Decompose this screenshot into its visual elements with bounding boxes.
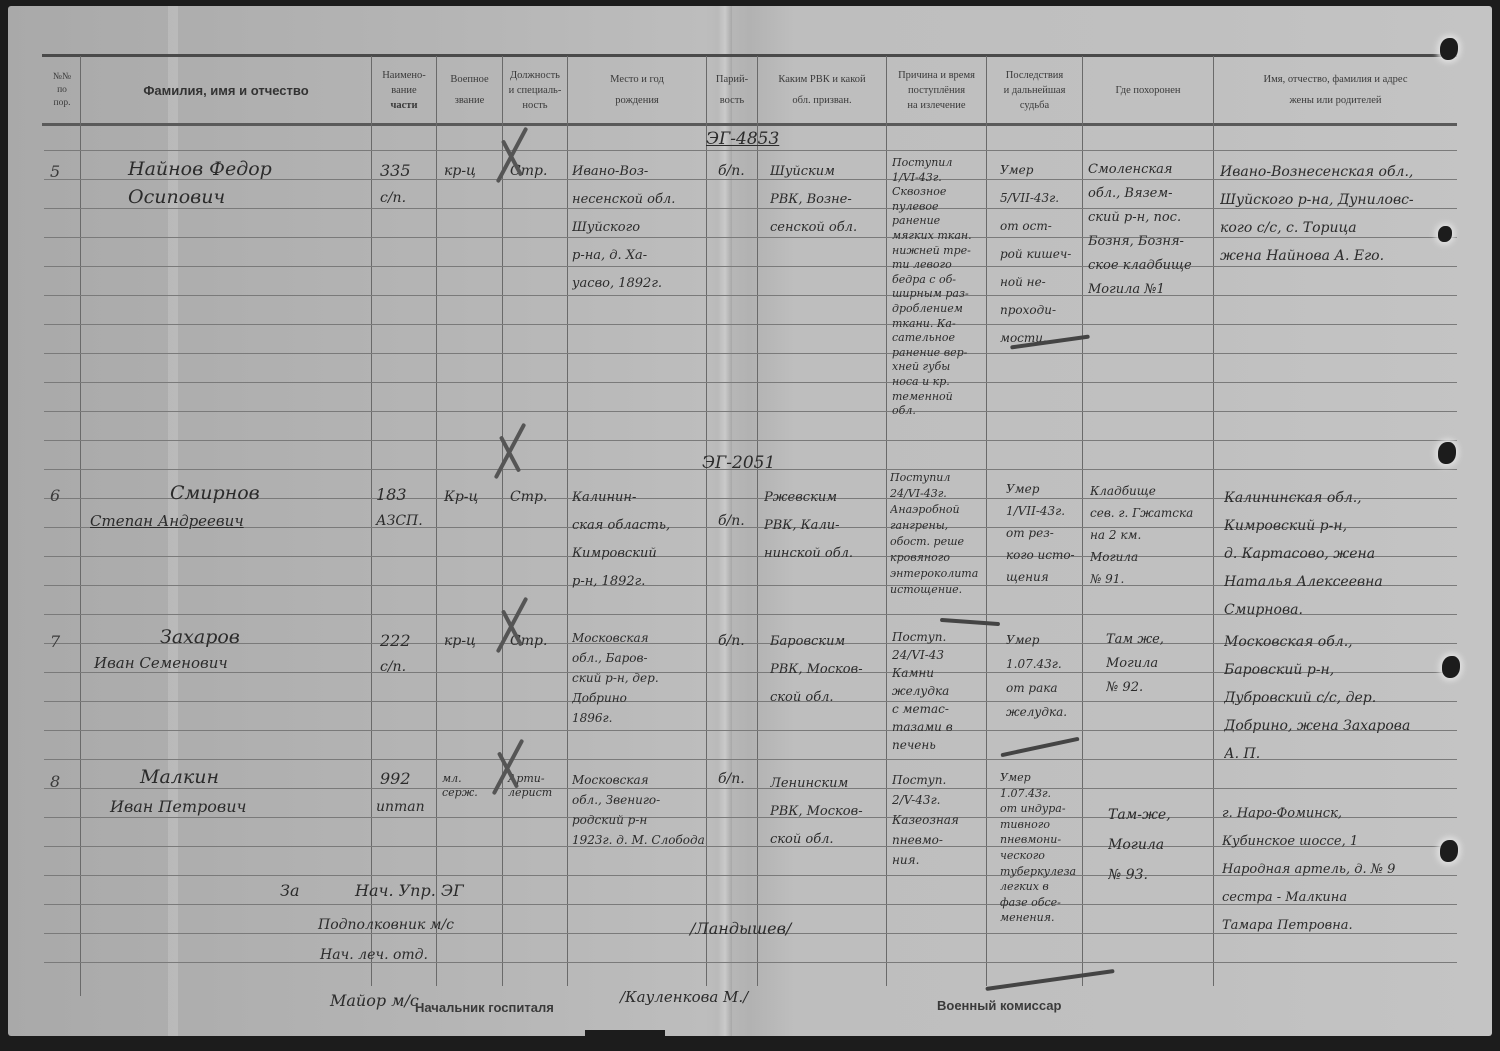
- cell-line: ская область,: [572, 512, 706, 540]
- signature-line: Майор м/с: [330, 990, 419, 1012]
- cell-line: ния.: [892, 850, 986, 870]
- signature: /Ландышев/: [690, 918, 791, 940]
- cell-line: ширным раз-: [892, 287, 986, 302]
- cell-line: сательное: [892, 331, 986, 346]
- cell-line: ческого: [1000, 848, 1084, 864]
- cell-line: Поступ.: [892, 770, 986, 790]
- cell-line: Московская обл.,: [1224, 628, 1454, 656]
- row-unit: 335: [380, 160, 411, 182]
- cell-line: желудка.: [1006, 700, 1082, 724]
- row-name: Малкин: [140, 766, 219, 788]
- header-cause: Причина и времяпоступлёнияна излечение: [887, 58, 986, 122]
- header-name: Фамилия, имя и отчество: [81, 58, 371, 122]
- paper-tear: [585, 1030, 665, 1051]
- cell-line: Баровский р-н,: [1224, 656, 1454, 684]
- cell-line: обл., Баров-: [572, 648, 706, 668]
- pencil-check-mark: [490, 124, 534, 180]
- cell-line: кого исто-: [1006, 544, 1082, 566]
- cell-line: от индура-: [1000, 801, 1084, 817]
- cell-line: ский р-н, пос.: [1088, 206, 1212, 230]
- row-number: 5: [50, 162, 60, 181]
- cell-line: истощение.: [890, 582, 986, 598]
- row-number: 6: [50, 486, 60, 505]
- cell-line: Ивано-Вознесенская обл.,: [1220, 158, 1456, 186]
- cell-line: сестра - Малкина: [1222, 884, 1456, 912]
- ruled-line: [44, 788, 1457, 789]
- cell-line: № 92.: [1106, 676, 1212, 700]
- cell-line: Шуйского р-на, Дуниловс-: [1220, 186, 1456, 214]
- punch-hole: [1440, 840, 1458, 862]
- cell-line: Камни: [892, 664, 986, 682]
- cell-line: 2/V-43г.: [892, 790, 986, 810]
- header-party: Парий-вость: [707, 58, 757, 122]
- signature-line: Нач. Упр. ЭГ: [355, 880, 464, 902]
- cell-line: 1923г. д. М. Слобода.: [572, 830, 706, 850]
- cell-line: ранение: [892, 214, 986, 229]
- punch-hole: [1440, 38, 1458, 60]
- header-draft: Каким РВК и какойобл. призван.: [758, 58, 886, 122]
- cell-line: Кимровский р-н,: [1224, 512, 1454, 540]
- cell-line: пулевое: [892, 200, 986, 215]
- header-text: Последствия: [1004, 68, 1066, 83]
- cell-line: 5/VII-43г.: [1000, 184, 1084, 212]
- cell-line: Умер: [1000, 770, 1084, 786]
- header-text: Где похоронен: [1115, 83, 1180, 98]
- row-unit: 992: [380, 768, 411, 790]
- cell-line: 1.07.43г.: [1006, 652, 1082, 676]
- header-text: поступлёния: [898, 83, 975, 98]
- cell-line: уасво, 1892г.: [572, 270, 706, 298]
- header-text: жены или родителей: [1264, 93, 1408, 108]
- row-party: б/п.: [718, 630, 745, 652]
- row-name: Иван Семенович: [94, 652, 228, 674]
- cell-line: 1.07.43г.: [1000, 786, 1084, 802]
- header-outcome: Последствияи дальнейшаясудьба: [987, 58, 1082, 122]
- cell-line: Могила: [1090, 546, 1212, 568]
- cell-line: кого с/с, с. Торица: [1220, 214, 1456, 242]
- cell-line: ское кладбище: [1088, 254, 1212, 278]
- printed-label-hospital-head: Начальник госпиталя: [415, 1000, 554, 1015]
- cell-line: от ост-: [1000, 212, 1084, 240]
- cell-line: на 2 км.: [1090, 524, 1212, 546]
- header-text: Место и год: [610, 72, 664, 87]
- punch-hole: [1438, 442, 1456, 464]
- cell-line: 1/VII-43г.: [1006, 500, 1082, 522]
- cell-line: обл.: [892, 404, 986, 419]
- header-text: Воепное: [450, 72, 488, 87]
- cell-line: ский р-н, дер.: [572, 668, 706, 688]
- cell-line: 24/VI-43г.: [890, 486, 986, 502]
- cell-line: ной не-: [1000, 268, 1084, 296]
- row-name: Захаров: [160, 626, 240, 648]
- cell-line: фазе обсе-: [1000, 895, 1084, 911]
- cell-line: Смирнова.: [1224, 596, 1454, 624]
- row-name: Степан Андреевич: [90, 510, 244, 532]
- cell-line: Калининская обл.,: [1224, 484, 1454, 512]
- pencil-check-mark: [490, 594, 534, 650]
- signature-line: Подполковник м/с: [318, 914, 454, 936]
- cell-line: Баровским: [770, 628, 886, 656]
- ruled-line: [44, 324, 1457, 325]
- row-party: б/п.: [718, 160, 745, 182]
- cell-line: легких в: [1000, 879, 1084, 895]
- header-relatives: Имя, отчество, фамилия и адресжены или р…: [1214, 58, 1457, 122]
- cell-line: д. Картасово, жена: [1224, 540, 1454, 568]
- ruled-line: [44, 440, 1457, 441]
- row-unit: АЗСП.: [376, 510, 423, 532]
- cell-line: РВК, Кали-: [764, 512, 886, 540]
- cell-line: Ржевским: [764, 484, 886, 512]
- header-position: Должностьи специаль-ность: [503, 58, 567, 122]
- cell-line: 24/VI-43: [892, 646, 986, 664]
- cell-line: Дубровский с/с, дер.: [1224, 684, 1454, 712]
- table-top-border: [42, 54, 1457, 57]
- cell-line: р-н, 1892г.: [572, 568, 706, 596]
- cell-line: Поступил: [892, 156, 986, 171]
- cell-line: гангрены,: [890, 518, 986, 534]
- header-text: Каким РВК и какой: [778, 72, 865, 87]
- header-text: Наимено-: [382, 68, 426, 83]
- pencil-check-mark: [486, 736, 530, 792]
- row-name: Осипович: [128, 186, 225, 208]
- cell-line: кровяного: [890, 550, 986, 566]
- punch-hole: [1442, 656, 1460, 678]
- row-rank: кр-ц: [444, 630, 476, 652]
- cell-line: Шуйского: [572, 214, 706, 242]
- ruled-line: [44, 295, 1457, 296]
- cell-line: Бозня, Бозня-: [1088, 230, 1212, 254]
- row-number: 8: [50, 772, 60, 791]
- cell-line: Московская: [572, 628, 706, 648]
- cell-line: родский р-н: [572, 810, 706, 830]
- ruled-line: [44, 411, 1457, 412]
- cell-line: Сквозное: [892, 185, 986, 200]
- cell-line: Московская: [572, 770, 706, 790]
- cell-line: Кладбище: [1090, 480, 1212, 502]
- header-text: на излечение: [898, 98, 975, 113]
- cell-line: щения: [1006, 566, 1082, 588]
- cell-line: Умер: [1006, 628, 1082, 652]
- cell-line: Умер: [1000, 156, 1084, 184]
- row-unit: иптап: [376, 796, 425, 818]
- row-name: Найнов Федор: [128, 158, 272, 180]
- ruled-line: [44, 353, 1457, 354]
- header-text: Парий-: [716, 72, 748, 87]
- ruled-line: [44, 962, 1457, 963]
- header-text: Фамилия, имя и отчество: [143, 83, 308, 98]
- header-text: ность: [509, 98, 562, 113]
- cell-line: с метас-: [892, 700, 986, 718]
- cell-line: ранение вер-: [892, 346, 986, 361]
- cell-line: Там-же,: [1108, 800, 1212, 830]
- header-text: вание: [382, 83, 426, 98]
- cell-line: ти левого: [892, 258, 986, 273]
- column-divider: [80, 56, 81, 996]
- header-text: Причина и время: [898, 68, 975, 83]
- row-unit: 222: [380, 630, 411, 652]
- cell-line: обл., Звениго-: [572, 790, 706, 810]
- signature-prefix: За: [280, 880, 300, 902]
- row-number: 7: [50, 632, 60, 651]
- cell-line: Поступ.: [892, 628, 986, 646]
- header-rank: Воепноезвание: [437, 58, 502, 122]
- cell-line: проходи-: [1000, 296, 1084, 324]
- cell-line: Ивано-Воз-: [572, 158, 706, 186]
- header-bottom-border: [42, 123, 1457, 126]
- cell-line: Могила: [1106, 652, 1212, 676]
- row-unit: 183: [376, 484, 407, 506]
- header-text: по: [53, 84, 71, 97]
- cell-line: № 93.: [1108, 860, 1212, 890]
- header-burial: Где похоронен: [1083, 58, 1213, 122]
- cell-line: от рез-: [1006, 522, 1082, 544]
- cell-line: обост. реше: [890, 534, 986, 550]
- header-num: №№попор.: [44, 58, 80, 122]
- cell-line: Могила №1: [1088, 278, 1212, 302]
- cell-line: Ленинским: [770, 770, 886, 798]
- row-name: Иван Петрович: [110, 796, 246, 818]
- cell-line: от рака: [1006, 676, 1082, 700]
- printed-label-commissar: Военный комиссар: [937, 998, 1061, 1013]
- header-birth: Место и годрождения: [568, 58, 706, 122]
- row-unit: с/п.: [380, 187, 406, 209]
- cell-line: 1/VI-43г.: [892, 171, 986, 186]
- cell-line: Калинин-: [572, 484, 706, 512]
- cell-line: энтероколита: [890, 566, 986, 582]
- cell-line: теменной: [892, 390, 986, 405]
- cell-line: тазами в: [892, 718, 986, 736]
- cell-line: Умер: [1006, 478, 1082, 500]
- header-text: звание: [450, 93, 488, 108]
- cell-line: Наталья Алексеевна: [1224, 568, 1454, 596]
- cell-line: Там же,: [1106, 628, 1212, 652]
- header-text: части: [382, 98, 426, 113]
- header-text: пор.: [53, 97, 71, 110]
- cell-line: 1896г.: [572, 708, 706, 728]
- header-text: судьба: [1004, 98, 1066, 113]
- cell-line: ткани. Ка-: [892, 317, 986, 332]
- header-text: Должность: [509, 68, 562, 83]
- cell-line: Могила: [1108, 830, 1212, 860]
- cell-line: пневмони-: [1000, 832, 1084, 848]
- header-text: рождения: [610, 93, 664, 108]
- row-party: б/п.: [718, 510, 745, 532]
- signature-line: Нач. леч. отд.: [320, 944, 428, 966]
- cell-line: жена Найнова А. Его.: [1220, 242, 1456, 270]
- cell-line: нинской обл.: [764, 540, 886, 568]
- row-name: Смирнов: [170, 482, 260, 504]
- header-text: вость: [716, 93, 748, 108]
- cell-line: Казеозная: [892, 810, 986, 830]
- header-text: и специаль-: [509, 83, 562, 98]
- cell-line: бедра с об-: [892, 273, 986, 288]
- cell-line: Смоленская: [1088, 158, 1212, 182]
- cell-line: Шуйским: [770, 158, 886, 186]
- cell-line: сев. г. Гжатска: [1090, 502, 1212, 524]
- row-unit: с/п.: [380, 656, 406, 678]
- cell-line: А. П.: [1224, 740, 1454, 768]
- cell-line: тивного: [1000, 817, 1084, 833]
- cell-line: печень: [892, 736, 986, 754]
- header-text: и дальнейшая: [1004, 83, 1066, 98]
- cell-line: носа и кр.: [892, 375, 986, 390]
- cell-line: Добрино, жена Захарова: [1224, 712, 1454, 740]
- cell-line: Анаэробной: [890, 502, 986, 518]
- cell-line: г. Наро-Фоминск,: [1222, 800, 1456, 828]
- cell-line: Поступил: [890, 470, 986, 486]
- cell-line: Добрино: [572, 688, 706, 708]
- cell-line: Кимровский: [572, 540, 706, 568]
- header-text: обл. призван.: [778, 93, 865, 108]
- ruled-line: [44, 382, 1457, 383]
- cell-line: рой кишеч-: [1000, 240, 1084, 268]
- cell-line: обл., Вязем-: [1088, 182, 1212, 206]
- header-unit: Наимено-ваниечасти: [372, 58, 436, 122]
- cell-line: сенской обл.: [770, 214, 886, 242]
- header-text: Имя, отчество, фамилия и адрес: [1264, 72, 1408, 87]
- cell-line: хней губы: [892, 360, 986, 375]
- cell-line: РВК, Москов-: [770, 798, 886, 826]
- row-party: б/п.: [718, 768, 745, 790]
- cell-line: менения.: [1000, 910, 1084, 926]
- row-rank: кр-ц: [444, 160, 476, 182]
- cell-line: р-на, д. Ха-: [572, 242, 706, 270]
- cell-line: Кубинское шоссе, 1: [1222, 828, 1456, 856]
- cell-line: ской обл.: [770, 826, 886, 854]
- cell-line: нижней тре-: [892, 244, 986, 259]
- header-text: №№: [53, 71, 71, 84]
- section-mark: ЭГ-2051: [702, 452, 775, 474]
- cell-line: мягких ткан.: [892, 229, 986, 244]
- cell-line: РВК, Москов-: [770, 656, 886, 684]
- cell-line: туберкулеза: [1000, 864, 1084, 880]
- cell-line: ской обл.: [770, 684, 886, 712]
- cell-line: Тамара Петровна.: [1222, 912, 1456, 940]
- cell-line: № 91.: [1090, 568, 1212, 590]
- cell-line: желудка: [892, 682, 986, 700]
- ruled-line: [44, 150, 1457, 151]
- signature: /Кауленкова М./: [620, 986, 748, 1008]
- section-mark: ЭГ-4853: [706, 128, 779, 150]
- punch-hole: [1438, 226, 1452, 242]
- row-position: Стр.: [510, 486, 547, 508]
- cell-line: пневмо-: [892, 830, 986, 850]
- pencil-check-mark: [488, 420, 532, 476]
- cell-line: несенской обл.: [572, 186, 706, 214]
- cell-line: дроблением: [892, 302, 986, 317]
- cell-line: РВК, Возне-: [770, 186, 886, 214]
- row-rank: Кр-ц: [444, 486, 478, 508]
- cell-line: Народная артель, д. № 9: [1222, 856, 1456, 884]
